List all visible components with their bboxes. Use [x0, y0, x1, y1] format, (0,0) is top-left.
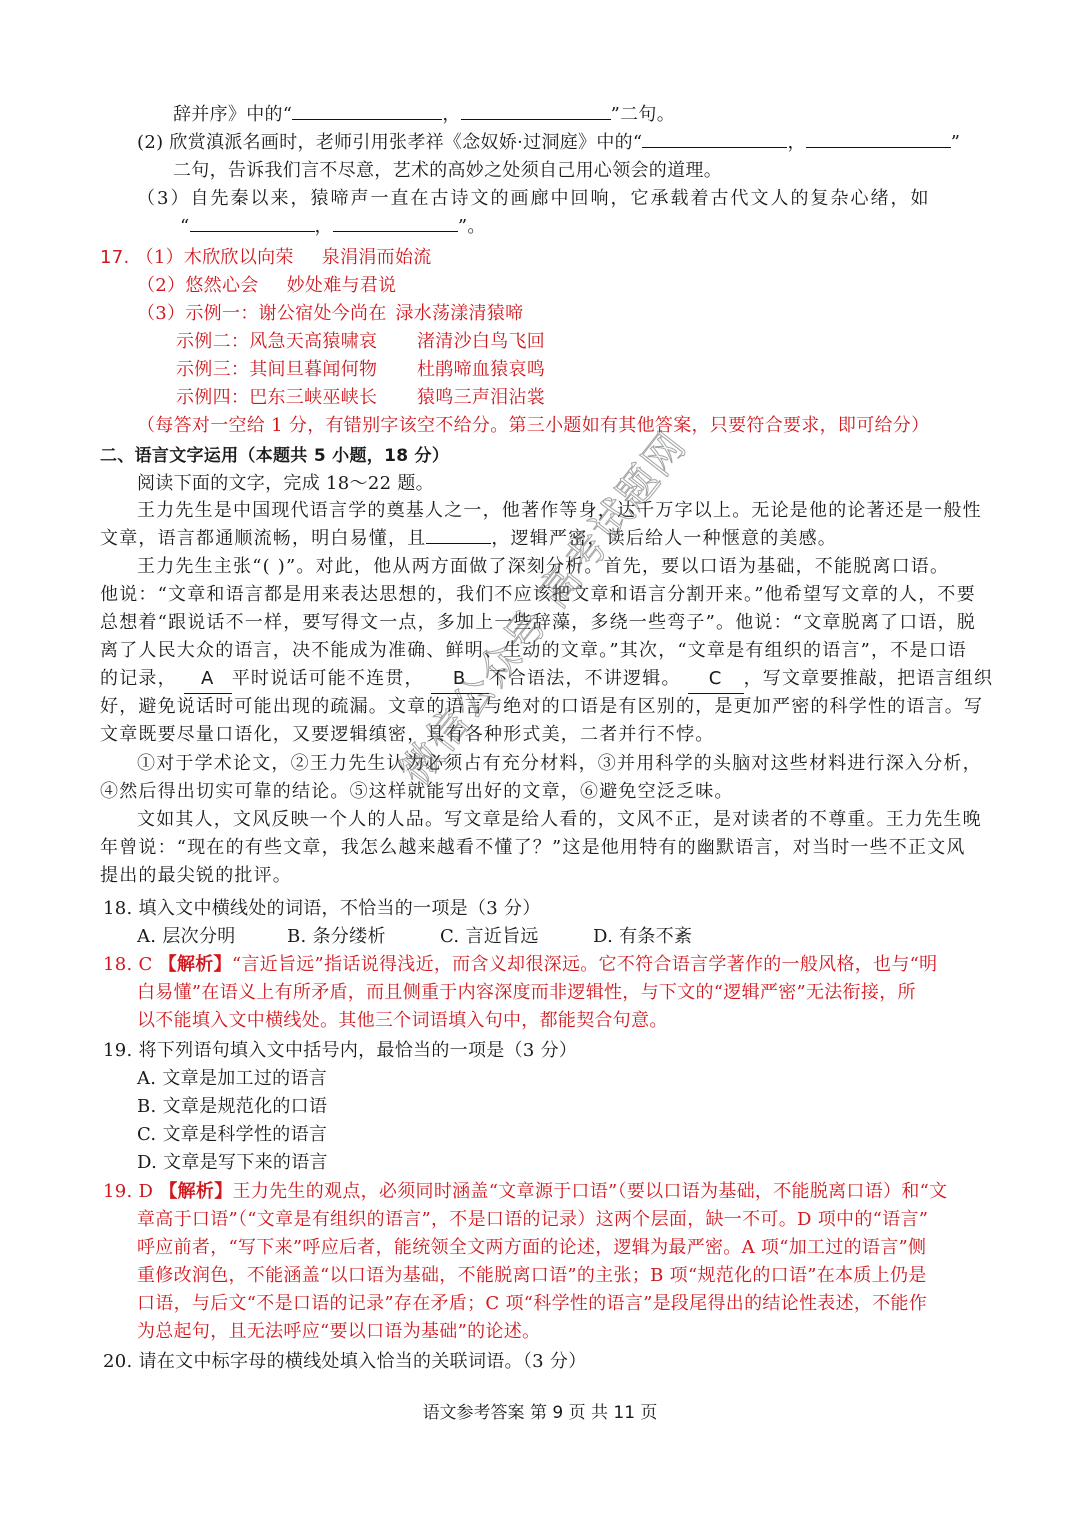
answer-b: 妙处难与君说	[287, 275, 397, 296]
option-a: A. 层次分明	[137, 923, 287, 951]
q20-stem: 20. 请在文中标字母的横线处填入恰当的关联词语。（3 分）	[103, 1348, 587, 1376]
q16-line1: 辞并序》中的“，”二句。	[173, 101, 675, 129]
answer-a: 示例一：谢公宿处今尚在	[185, 300, 395, 328]
text: 辞并序》中的“	[173, 104, 292, 125]
passage-p3-l1: ①对于学术论文，②王力先生认为必须占有充分材料，③并用科学的头脑对这些材料进行深…	[137, 750, 982, 778]
q18-answer-l3: 以不能填入文中横线处。其他三个词语填入句中，都能契合句意。	[137, 1007, 668, 1035]
analysis-tag: 【解析】	[159, 954, 232, 975]
answer-b: 杜鹃啼血猿哀鸣	[417, 359, 545, 380]
section2-heading: 二、语言文字运用（本题共 5 小题，18 分）	[100, 442, 449, 470]
q16-part3: （3）自先秦以来，猿啼声一直在古诗文的画廊中回响，它承载着古代文人的复杂心绪，如	[137, 185, 930, 213]
q19-stem: 19. 将下列语句填入文中括号内，最恰当的一项是（3 分）	[103, 1037, 577, 1065]
q16-part3-line2: “，”。	[180, 213, 486, 241]
item-label: （1）	[136, 247, 184, 268]
question-number: 17.	[100, 247, 130, 268]
answer17-example3: 示例三：其间旦暮闻何物杜鹃啼血猿哀鸣	[176, 356, 545, 384]
answer-a: 示例三：其间旦暮闻何物	[176, 356, 417, 384]
answer17-item2: （2）悠然心会 妙处难与君说	[137, 272, 396, 300]
answer-b: 泉涓涓而始流	[322, 247, 432, 268]
fill-blank	[292, 101, 442, 120]
q19-answer-l2: 章高于口语”（“文章是有组织的语言”，不是口语的记录）这两个层面，缺一不可。D …	[137, 1206, 928, 1234]
blank-a: A	[184, 665, 232, 694]
fill-blank	[806, 129, 951, 148]
section2-instruction: 阅读下面的文字，完成 18～22 题。	[137, 470, 434, 498]
fill-blank	[426, 525, 491, 544]
text: “言近旨远”指话说得浅近，而含义却很深远。它不符合语言学著作的一般风格，也与“明	[232, 954, 938, 975]
answer17-note: （每答对一空给 1 分，有错别字该空不给分。第三小题如有其他答案，只要符合要求，…	[137, 412, 929, 440]
option-d: D. 有条不紊	[593, 926, 692, 947]
text: ”	[951, 132, 961, 153]
text: ，	[442, 104, 460, 125]
text: (2) 欣赏滇派名画时，老师引用张孝祥《念奴娇·过洞庭》中的“	[137, 132, 642, 153]
text: 文章，语言都通顺流畅，明白易懂，且	[100, 528, 426, 549]
page-footer: 语文参考答案 第 9 页 共 11 页	[0, 1398, 1080, 1423]
blank-c: C	[688, 665, 744, 694]
q19-option-a: A. 文章是加工过的语言	[137, 1065, 327, 1093]
answer-b: 渌水荡漾清猿啼	[395, 303, 523, 324]
q19-answer-l4: 重修改润色，不能涵盖“以口语为基础，不能脱离口语”的主张；B 项“规范化的口语”…	[137, 1262, 927, 1290]
passage-p2-l6: 好，避免说话时可能出现的疏漏。文章的语言与绝对的口语是有区别的，是更加严密的科学…	[100, 693, 983, 721]
text: ”。	[458, 216, 486, 237]
answer17-example2: 示例二：风急天高猿啸哀渚清沙白鸟飞回	[176, 328, 545, 356]
q16-part2: (2) 欣赏滇派名画时，老师引用张孝祥《念奴娇·过洞庭》中的“，”	[137, 129, 960, 157]
item-label: （2）	[137, 275, 185, 296]
q18-answer-l2: 白易懂”在语义上有所矛盾，而且侧重于内容深度而非逻辑性，与下文的“逻辑严密”无法…	[137, 979, 916, 1007]
answer-a: 悠然心会	[185, 275, 258, 296]
q18-options: A. 层次分明B. 条分缕析C. 言近旨远D. 有条不紊	[137, 923, 692, 951]
fill-blank	[333, 213, 458, 232]
text: ，	[315, 216, 333, 237]
q19-answer-l1: 19. D 【解析】王力先生的观点，必须同时涵盖“文章源于口语”（要以口语为基础…	[103, 1178, 947, 1206]
answer-b: 渚清沙白鸟飞回	[417, 331, 545, 352]
analysis-tag: 【解析】	[159, 1181, 232, 1202]
passage-p2-l5: 的记录， A平时说话可能不连贯， B不合语法，不讲逻辑。 C，写文章要推敲，把语…	[100, 665, 993, 694]
text: ，写文章要推敲，把语言组织	[744, 668, 994, 689]
answer-a: 木欣欣以向荣	[184, 247, 294, 268]
text: 平时说话可能不连贯，	[232, 668, 424, 689]
answer17-example4: 示例四：巴东三峡巫峡长猿鸣三声泪沾裳	[176, 384, 545, 412]
q18-answer-l1: 18. C 【解析】“言近旨远”指话说得浅近，而含义却很深远。它不符合语言学著作…	[103, 951, 937, 979]
passage-p4-l2: 年曾说：“现在的有些文章，我怎么越来越看不懂了？”这是他用特有的幽默语言，对当时…	[100, 834, 966, 862]
answer17-item3: （3）示例一：谢公宿处今尚在渌水荡漾清猿啼	[137, 300, 523, 328]
passage-p4-l3: 提出的最尖锐的批评。	[100, 862, 292, 890]
fill-blank	[642, 129, 787, 148]
text: 王力先生的观点，必须同时涵盖“文章源于口语”（要以口语为基础，不能脱离口语）和“…	[233, 1181, 948, 1202]
q19-answer-l3: 呼应前者，“写下来”呼应后者，能统领全文两方面的论述，逻辑为最严密。A 项“加工…	[137, 1234, 926, 1262]
q19-option-d: D. 文章是写下来的语言	[137, 1149, 328, 1177]
q19-option-b: B. 文章是规范化的口语	[137, 1093, 327, 1121]
answer-a: 示例二：风急天高猿啸哀	[176, 328, 417, 356]
answer-number: 18. C	[103, 954, 159, 975]
fill-blank	[190, 213, 315, 232]
document-page: 辞并序》中的“，”二句。 (2) 欣赏滇派名画时，老师引用张孝祥《念奴娇·过洞庭…	[0, 0, 1080, 1527]
answer-a: 示例四：巴东三峡巫峡长	[176, 384, 417, 412]
text: ，逻辑严密，读后给人一种惬意的美感。	[491, 528, 837, 549]
text: 的记录，	[100, 668, 177, 689]
q16-part2-line2: 二句，告诉我们言不尽意，艺术的高妙之处须自己用心领会的道理。	[173, 157, 722, 185]
passage-p1-l2: 文章，语言都通顺流畅，明白易懂，且，逻辑严密，读后给人一种惬意的美感。	[100, 525, 837, 553]
text: “	[180, 216, 190, 237]
answer-b: 猿鸣三声泪沾裳	[417, 387, 545, 408]
answer-number: 19. D	[103, 1181, 159, 1202]
q19-answer-l6: 为总起句，且无法呼应“要以口语为基础”的论述。	[137, 1318, 540, 1346]
fill-blank	[461, 101, 611, 120]
answer17-item1: 17. （1）木欣欣以向荣 泉涓涓而始流	[100, 244, 432, 272]
item-label: （3）	[137, 303, 185, 324]
option-b: B. 条分缕析	[287, 923, 440, 951]
q18-stem: 18. 填入文中横线处的词语，不恰当的一项是（3 分）	[103, 895, 541, 923]
text: ，	[787, 132, 805, 153]
text: ”二句。	[611, 104, 675, 125]
q19-option-c: C. 文章是科学性的语言	[137, 1121, 327, 1149]
passage-p4-l1: 文如其人，文风反映一个人的人品。写文章是给人看的，文风不正，是对读者的不尊重。王…	[137, 806, 982, 834]
option-c: C. 言近旨远	[440, 923, 593, 951]
q19-answer-l5: 口语，与后文“不是口语的记录”存在矛盾；C 项“科学性的语言”是段尾得出的结论性…	[137, 1290, 927, 1318]
passage-p1-l1: 王力先生是中国现代语言学的奠基人之一，他著作等身，达千万字以上。无论是他的论著还…	[137, 497, 982, 525]
